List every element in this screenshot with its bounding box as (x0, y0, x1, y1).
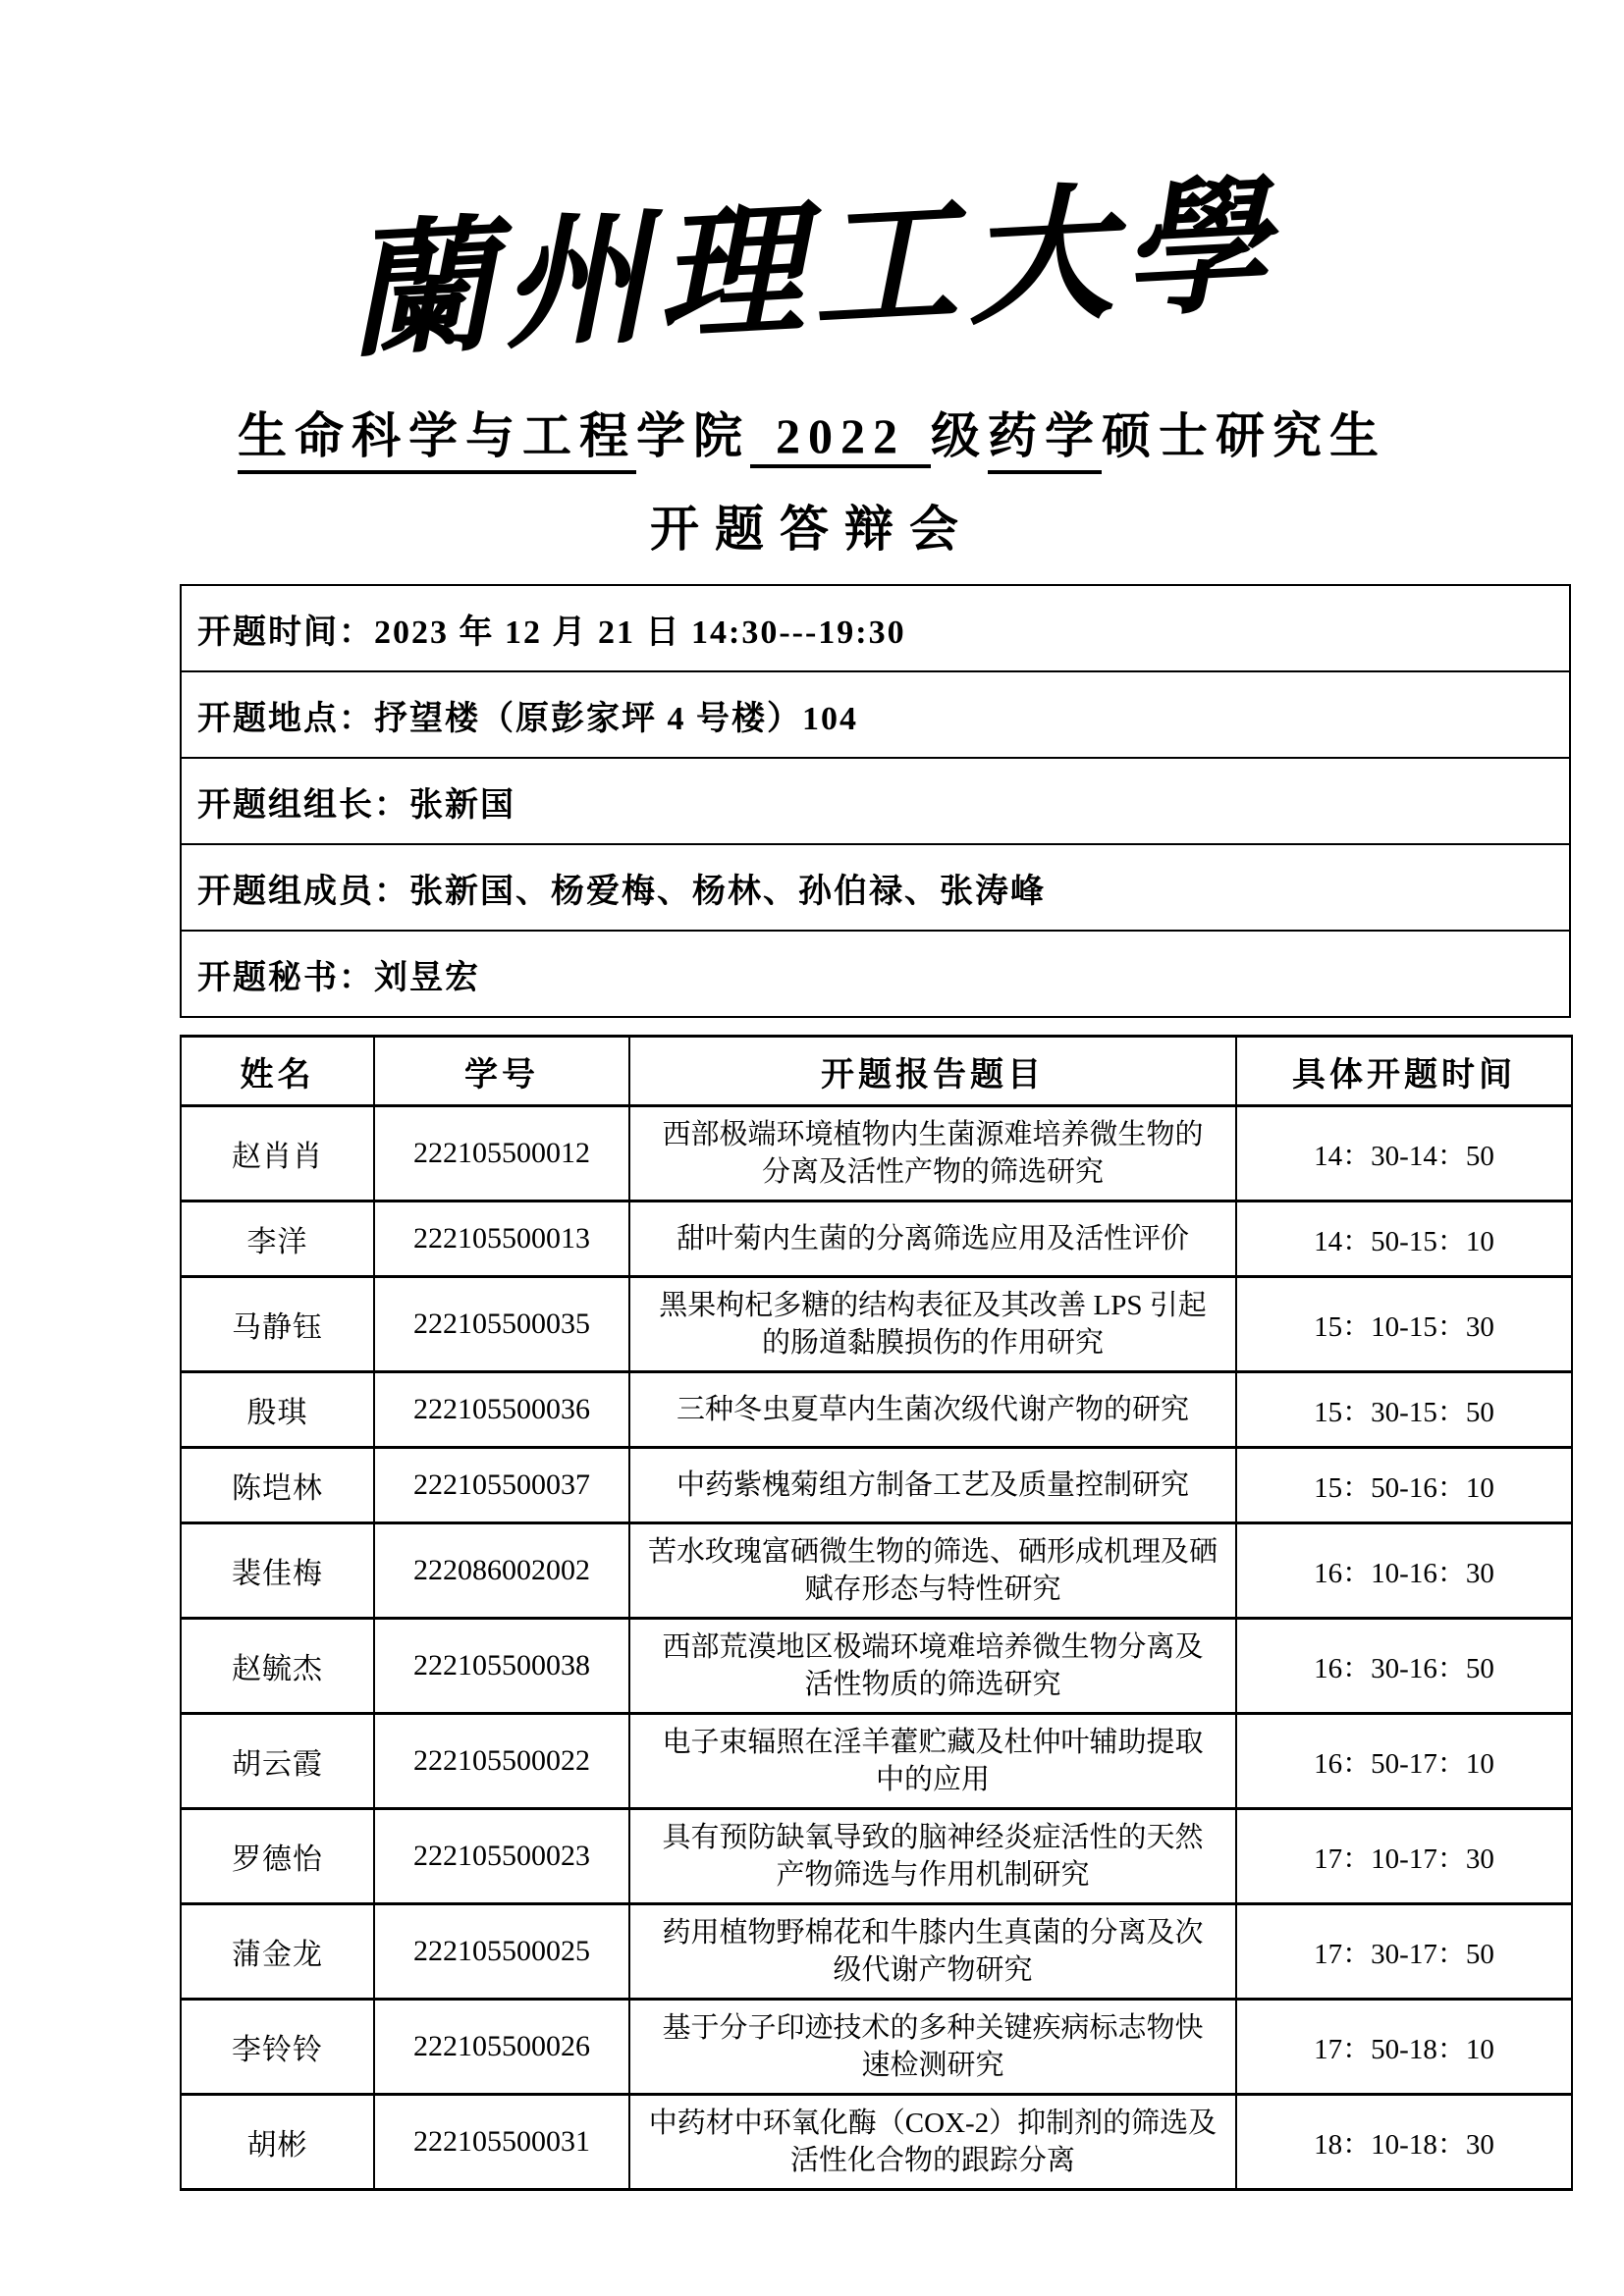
table-row: 赵毓杰 222105500038 西部荒漠地区极端环境难培养微生物分离及 活性物… (181, 1619, 1572, 1714)
student-id-cell: 222105500023 (374, 1809, 629, 1904)
column-header-name: 姓名 (181, 1037, 374, 1106)
student-name-cell: 李洋 (181, 1201, 374, 1277)
time-slot-cell: 14：50-15：10 (1236, 1201, 1572, 1277)
student-id-cell: 222105500022 (374, 1714, 629, 1809)
table-row: 马静钰 222105500035 黑果枸杞多糖的结构表征及其改善 LPS 引起 … (181, 1277, 1572, 1372)
student-name-cell: 殷琪 (181, 1372, 374, 1448)
title-department-underlined: 生命科学与工程 (238, 397, 636, 474)
student-id-cell: 222105500026 (374, 2000, 629, 2095)
time-slot-cell: 15：10-15：30 (1236, 1277, 1572, 1372)
info-location-text: 开题地点：抒望楼（原彭家坪 4 号楼）104 (181, 671, 1570, 758)
title-year-underlined: 2022 (750, 407, 931, 468)
student-id-cell: 222105500025 (374, 1904, 629, 2000)
thesis-title-cell: 电子束辐照在淫羊藿贮藏及杜仲叶辅助提取 中的应用 (629, 1714, 1236, 1809)
time-slot-cell: 17：10-17：30 (1236, 1809, 1572, 1904)
university-logo-calligraphy: 蘭州理工大學 (0, 133, 1624, 409)
student-name-cell: 李铃铃 (181, 2000, 374, 2095)
time-slot-cell: 14：30-14：50 (1236, 1106, 1572, 1201)
thesis-title-cell: 中药紫槐菊组方制备工艺及质量控制研究 (629, 1448, 1236, 1523)
info-row-secretary: 开题秘书：刘昱宏 (181, 931, 1570, 1017)
time-slot-cell: 15：30-15：50 (1236, 1372, 1572, 1448)
title-degree-suffix: 硕士研究生 (1102, 397, 1386, 470)
student-name-cell: 马静钰 (181, 1277, 374, 1372)
info-row-chair: 开题组组长：张新国 (181, 758, 1570, 844)
table-row: 胡彬 222105500031 中药材中环氧化酶（COX-2）抑制剂的筛选及 活… (181, 2095, 1572, 2190)
column-header-student-id: 学号 (374, 1037, 629, 1106)
table-row: 胡云霞 222105500022 电子束辐照在淫羊藿贮藏及杜仲叶辅助提取 中的应… (181, 1714, 1572, 1809)
info-row-location: 开题地点：抒望楼（原彭家坪 4 号楼）104 (181, 671, 1570, 758)
table-row: 裴佳梅 222086002002 苦水玫瑰富硒微生物的筛选、硒形成机理及硒 赋存… (181, 1523, 1572, 1619)
student-id-cell: 222086002002 (374, 1523, 629, 1619)
student-name-cell: 蒲金龙 (181, 1904, 374, 2000)
time-slot-cell: 16：10-16：30 (1236, 1523, 1572, 1619)
student-name-cell: 裴佳梅 (181, 1523, 374, 1619)
table-row: 罗德怡 222105500023 具有预防缺氧导致的脑神经炎症活性的天然 产物筛… (181, 1809, 1572, 1904)
student-id-cell: 222105500012 (374, 1106, 629, 1201)
column-header-time-slot: 具体开题时间 (1236, 1037, 1572, 1106)
defense-schedule-table: 姓名 学号 开题报告题目 具体开题时间 赵肖肖 222105500012 西部极… (180, 1035, 1573, 2191)
info-row-time: 开题时间：2023 年 12 月 21 日 14:30---19:30 (181, 585, 1570, 671)
info-row-members: 开题组成员：张新国、杨爱梅、杨林、孙伯禄、张涛峰 (181, 844, 1570, 931)
thesis-title-cell: 甜叶菊内生菌的分离筛选应用及活性评价 (629, 1201, 1236, 1277)
thesis-title-cell: 中药材中环氧化酶（COX-2）抑制剂的筛选及 活性化合物的跟踪分离 (629, 2095, 1236, 2190)
thesis-title-cell: 西部极端环境植物内生菌源难培养微生物的 分离及活性产物的筛选研究 (629, 1106, 1236, 1201)
info-chair-text: 开题组组长：张新国 (181, 758, 1570, 844)
thesis-title-cell: 苦水玫瑰富硒微生物的筛选、硒形成机理及硒 赋存形态与特性研究 (629, 1523, 1236, 1619)
document-subtitle: 开题答辩会 (0, 490, 1624, 561)
table-row: 李铃铃 222105500026 基于分子印迹技术的多种关键疾病标志物快 速检测… (181, 2000, 1572, 2095)
table-row: 陈垲林 222105500037 中药紫槐菊组方制备工艺及质量控制研究 15：5… (181, 1448, 1572, 1523)
thesis-title-cell: 基于分子印迹技术的多种关键疾病标志物快 速检测研究 (629, 2000, 1236, 2095)
info-time-text: 开题时间：2023 年 12 月 21 日 14:30---19:30 (181, 585, 1570, 671)
table-row: 李洋 222105500013 甜叶菊内生菌的分离筛选应用及活性评价 14：50… (181, 1201, 1572, 1277)
time-slot-cell: 16：50-17：10 (1236, 1714, 1572, 1809)
thesis-title-cell: 西部荒漠地区极端环境难培养微生物分离及 活性物质的筛选研究 (629, 1619, 1236, 1714)
time-slot-cell: 15：50-16：10 (1236, 1448, 1572, 1523)
student-name-cell: 赵肖肖 (181, 1106, 374, 1201)
column-header-thesis-title: 开题报告题目 (629, 1037, 1236, 1106)
student-name-cell: 罗德怡 (181, 1809, 374, 1904)
student-id-cell: 222105500031 (374, 2095, 629, 2190)
student-id-cell: 222105500036 (374, 1372, 629, 1448)
title-major-underlined: 药学 (988, 397, 1102, 474)
info-secretary-text: 开题秘书：刘昱宏 (181, 931, 1570, 1017)
time-slot-cell: 17：50-18：10 (1236, 2000, 1572, 2095)
student-id-cell: 222105500013 (374, 1201, 629, 1277)
student-name-cell: 胡云霞 (181, 1714, 374, 1809)
time-slot-cell: 17：30-17：50 (1236, 1904, 1572, 2000)
student-name-cell: 胡彬 (181, 2095, 374, 2190)
thesis-title-cell: 药用植物野棉花和牛膝内生真菌的分离及次 级代谢产物研究 (629, 1904, 1236, 2000)
thesis-title-cell: 三种冬虫夏草内生菌次级代谢产物的研究 (629, 1372, 1236, 1448)
thesis-title-cell: 具有预防缺氧导致的脑神经炎症活性的天然 产物筛选与作用机制研究 (629, 1809, 1236, 1904)
table-row: 赵肖肖 222105500012 西部极端环境植物内生菌源难培养微生物的 分离及… (181, 1106, 1572, 1201)
time-slot-cell: 18：10-18：30 (1236, 2095, 1572, 2190)
student-name-cell: 陈垲林 (181, 1448, 374, 1523)
title-department-suffix: 学院 (636, 397, 750, 470)
meeting-info-table: 开题时间：2023 年 12 月 21 日 14:30---19:30 开题地点… (180, 584, 1571, 1018)
page: { "page": {"background": "#ffffff", "tex… (0, 0, 1624, 2296)
student-name-cell: 赵毓杰 (181, 1619, 374, 1714)
student-id-cell: 222105500037 (374, 1448, 629, 1523)
table-row: 殷琪 222105500036 三种冬虫夏草内生菌次级代谢产物的研究 15：30… (181, 1372, 1572, 1448)
info-members-text: 开题组成员：张新国、杨爱梅、杨林、孙伯禄、张涛峰 (181, 844, 1570, 931)
student-id-cell: 222105500035 (374, 1277, 629, 1372)
student-id-cell: 222105500038 (374, 1619, 629, 1714)
time-slot-cell: 16：30-16：50 (1236, 1619, 1572, 1714)
table-row: 蒲金龙 222105500025 药用植物野棉花和牛膝内生真菌的分离及次 级代谢… (181, 1904, 1572, 2000)
thesis-title-cell: 黑果枸杞多糖的结构表征及其改善 LPS 引起 的肠道黏膜损伤的作用研究 (629, 1277, 1236, 1372)
document-title: 生命科学与工程学院2022级药学硕士研究生 (0, 397, 1624, 474)
schedule-header-row: 姓名 学号 开题报告题目 具体开题时间 (181, 1037, 1572, 1106)
title-grade-label: 级 (931, 397, 988, 470)
